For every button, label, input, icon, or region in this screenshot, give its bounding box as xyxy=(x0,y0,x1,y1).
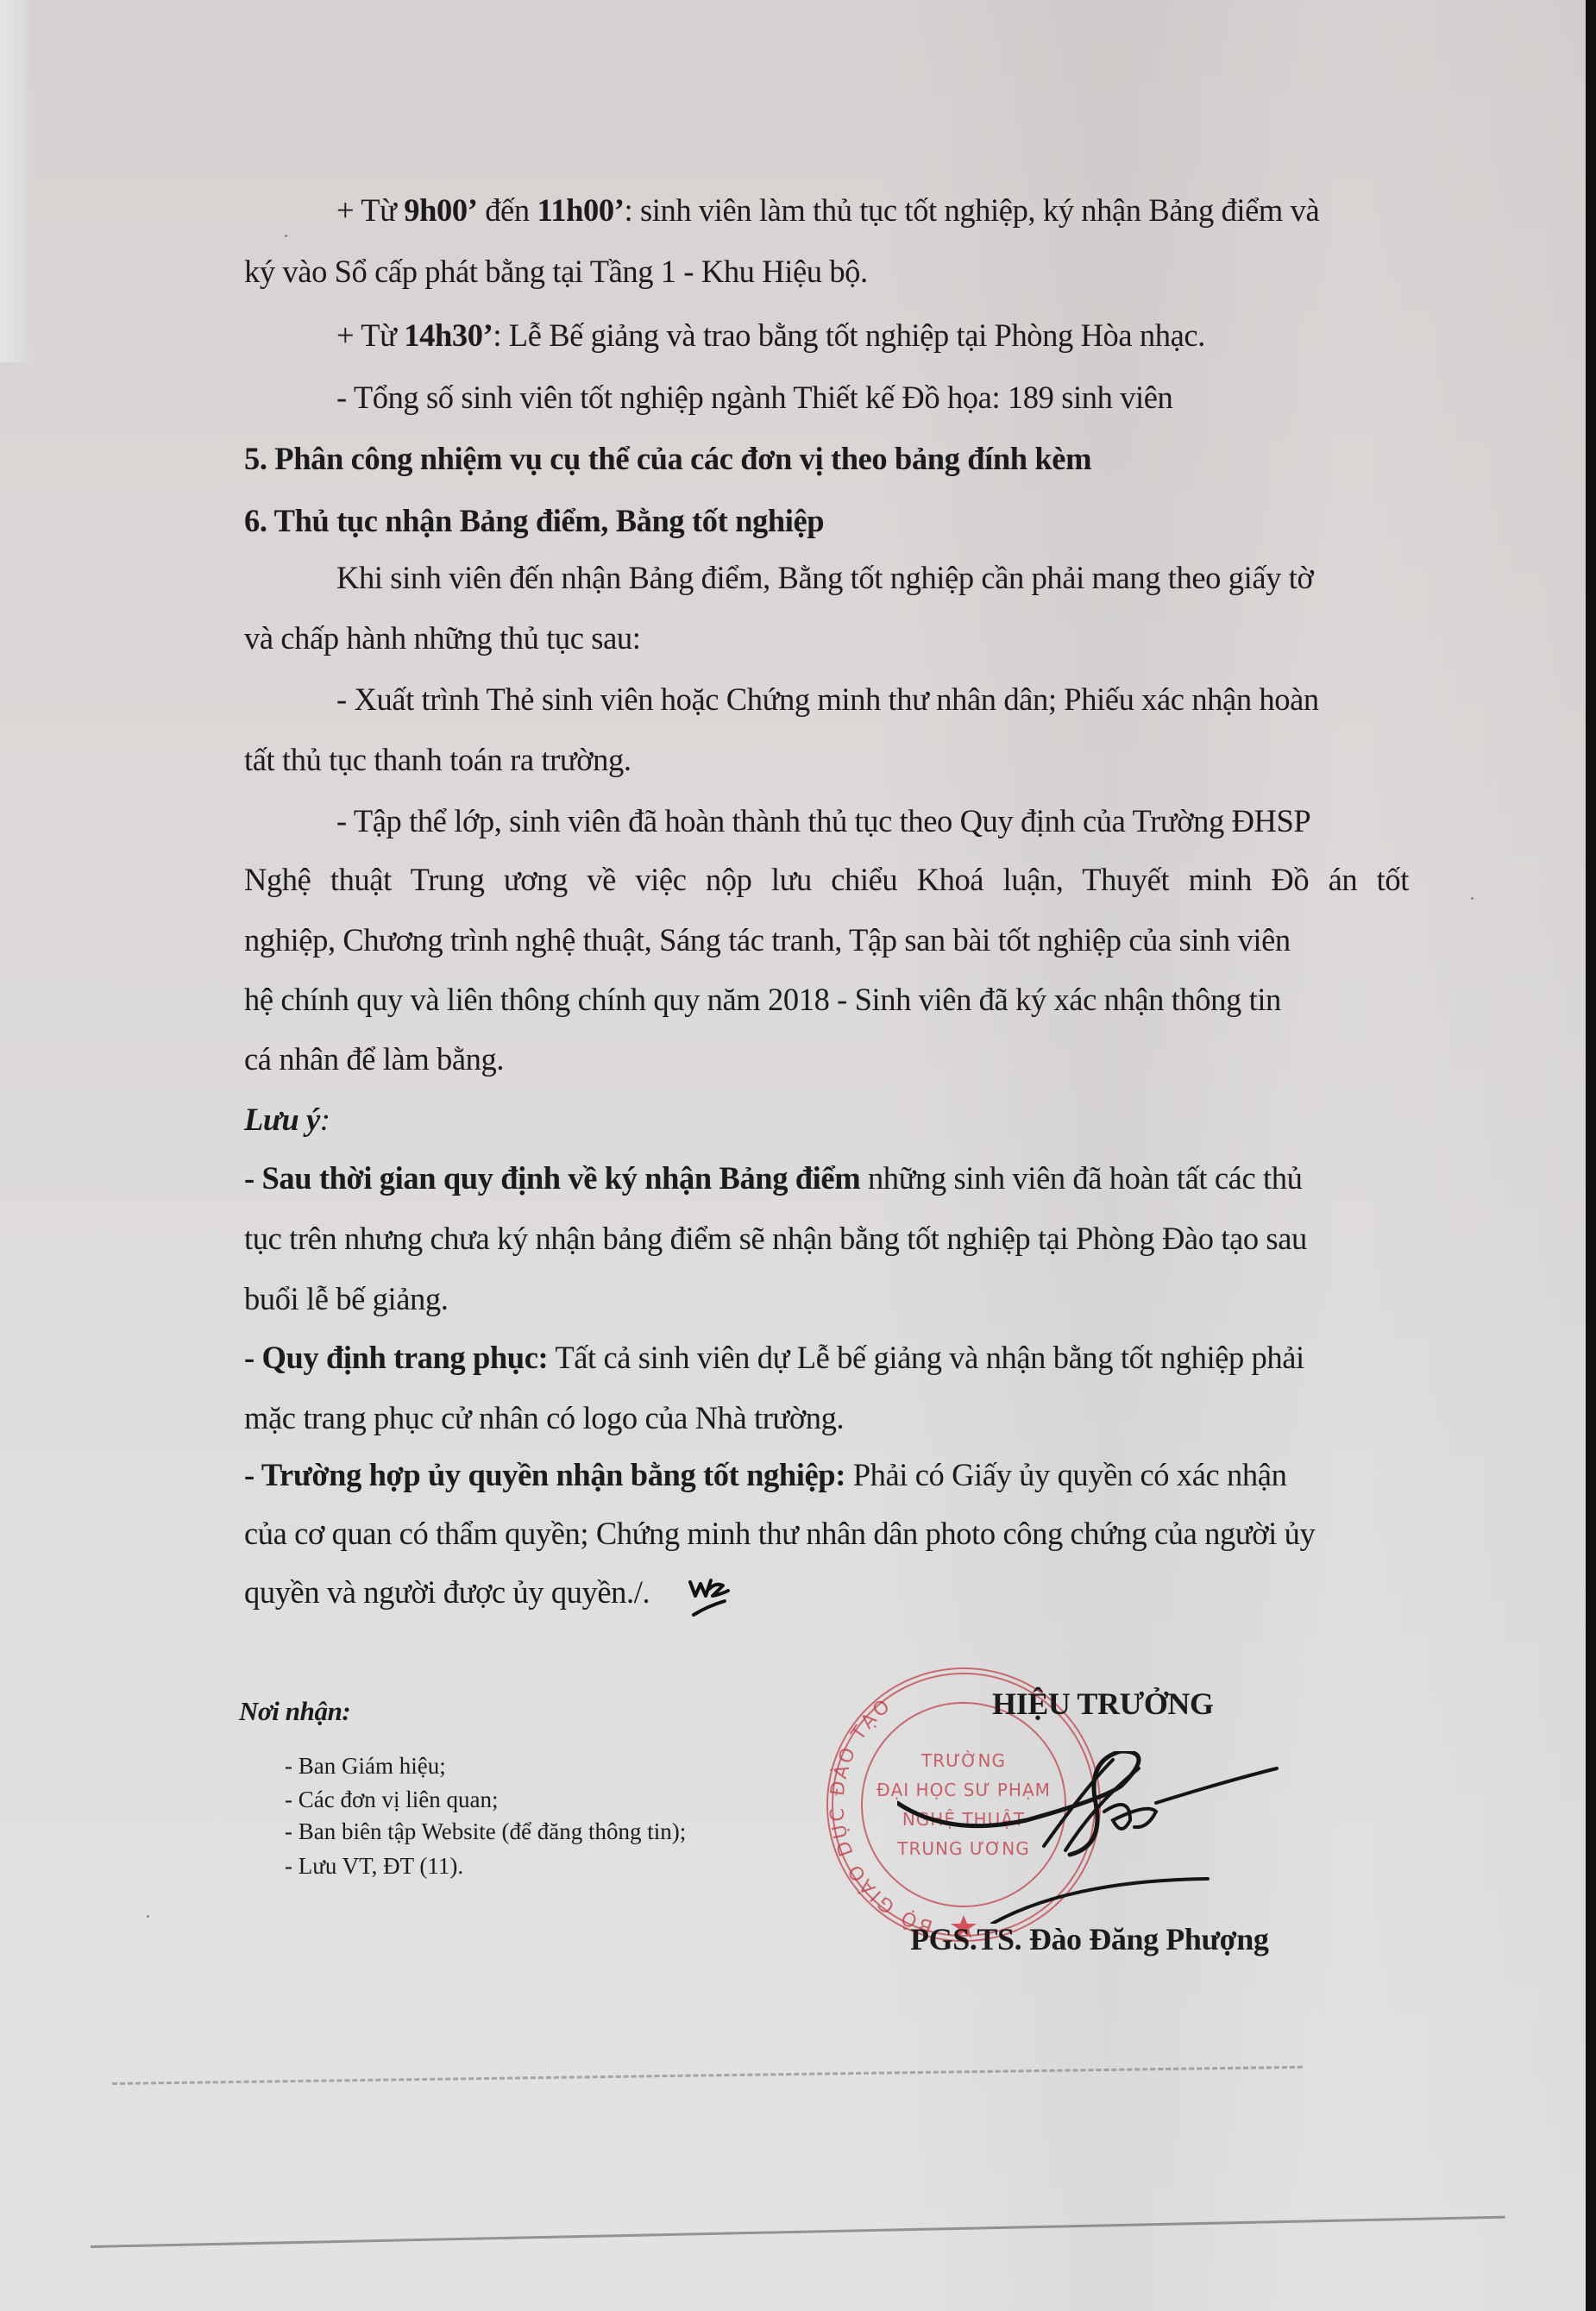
note-1-text: những sinh viên đã hoàn tất các thủ xyxy=(860,1160,1302,1196)
note-3: - Trường hợp ủy quyền nhận bằng tốt nghi… xyxy=(244,1460,1286,1491)
signatory-title: HIỆU TRƯỞNG xyxy=(992,1688,1214,1719)
notes-label-text: Lưu ý xyxy=(244,1102,320,1137)
note-3-line-2: của cơ quan có thẩm quyền; Chứng minh th… xyxy=(244,1518,1315,1550)
signatory-name: PGS.TS. Đào Đăng Phượng xyxy=(910,1924,1268,1955)
paper-speck xyxy=(1471,897,1473,900)
schedule-connector: đến xyxy=(477,192,537,228)
requirement-2-line-2: Nghệ thuật Trung ương về việc nộp lưu ch… xyxy=(244,864,1409,896)
paper-speck xyxy=(285,235,287,237)
section-6-intro: Khi sinh viên đến nhận Bảng điểm, Bằng t… xyxy=(336,562,1313,594)
recipient-item: - Ban Giám hiệu; xyxy=(285,1755,446,1778)
document-page: + Từ 9h00’ đến 11h00’: sinh viên làm thủ… xyxy=(0,0,1586,2311)
handwritten-signature-icon xyxy=(897,1751,1311,1924)
section-6-intro-cont: và chấp hành những thủ tục sau: xyxy=(244,623,640,655)
schedule-item-morning-cont: ký vào Sổ cấp phát bằng tại Tầng 1 - Khu… xyxy=(244,256,868,288)
requirement-1: - Xuất trình Thẻ sinh viên hoặc Chứng mi… xyxy=(336,684,1319,716)
note-2-title: - Quy định trang phục: xyxy=(244,1340,548,1375)
schedule-description: : sinh viên làm thủ tục tốt nghiệp, ký n… xyxy=(624,192,1319,228)
schedule-time: 14h30’ xyxy=(404,317,493,353)
schedule-time-start: 9h00’ xyxy=(404,192,477,228)
total-students: - Tổng số sinh viên tốt nghiệp ngành Thi… xyxy=(336,382,1172,414)
schedule-item-morning: + Từ 9h00’ đến 11h00’: sinh viên làm thủ… xyxy=(336,195,1319,227)
handwritten-initials-icon xyxy=(687,1570,732,1622)
recipients-label-text: Nơi nhận: xyxy=(239,1696,350,1726)
note-1-line-2: tục trên nhưng chưa ký nhận bảng điểm sẽ… xyxy=(244,1223,1307,1255)
note-3-line-3: quyền và người được ủy quyền./. xyxy=(244,1577,650,1609)
requirement-2-line-4: hệ chính quy và liên thông chính quy năm… xyxy=(244,984,1281,1016)
note-1: - Sau thời gian quy định về ký nhận Bảng… xyxy=(244,1163,1302,1195)
note-1-title: - Sau thời gian quy định về ký nhận Bảng… xyxy=(244,1160,860,1196)
schedule-description: : Lễ Bế giảng và trao bằng tốt nghiệp tạ… xyxy=(493,317,1205,353)
section-6-heading: 6. Thủ tục nhận Bảng điểm, Bằng tốt nghi… xyxy=(244,506,824,537)
recipient-item: - Các đơn vị liên quan; xyxy=(285,1788,498,1812)
schedule-prefix: + Từ xyxy=(336,317,404,353)
bleed-through-line xyxy=(112,2066,1303,2085)
paper-speck xyxy=(147,1915,149,1918)
note-2-text: Tất cả sinh viên dự Lễ bế giảng và nhận … xyxy=(548,1340,1304,1375)
recipient-item: - Lưu VT, ĐT (11). xyxy=(285,1855,463,1878)
recipients-label: Nơi nhận: xyxy=(239,1698,350,1724)
recipient-item: - Ban biên tập Website (để đăng thông ti… xyxy=(285,1820,686,1843)
note-2-line-2: mặc trang phục cử nhân có logo của Nhà t… xyxy=(244,1403,844,1435)
note-2: - Quy định trang phục: Tất cả sinh viên … xyxy=(244,1342,1304,1374)
notes-label: Lưu ý: xyxy=(244,1104,330,1136)
schedule-prefix: + Từ xyxy=(336,192,404,228)
requirement-2: - Tập thể lớp, sinh viên đã hoàn thành t… xyxy=(336,806,1310,838)
notes-label-colon: : xyxy=(320,1102,330,1137)
schedule-time-end: 11h00’ xyxy=(537,192,624,228)
page-edge-shadow xyxy=(0,0,31,362)
requirement-1-cont: tất thủ tục thanh toán ra trường. xyxy=(244,744,631,776)
section-5-heading: 5. Phân công nhiệm vụ cụ thể của các đơn… xyxy=(244,443,1091,475)
note-3-text: Phải có Giấy ủy quyền có xác nhận xyxy=(845,1457,1286,1492)
bleed-through-line xyxy=(91,2216,1505,2248)
note-1-line-3: buổi lễ bế giảng. xyxy=(244,1284,448,1316)
requirement-2-line-5: cá nhân để làm bằng. xyxy=(244,1044,504,1076)
note-3-title: - Trường hợp ủy quyền nhận bằng tốt nghi… xyxy=(244,1457,845,1492)
schedule-item-afternoon: + Từ 14h30’: Lễ Bế giảng và trao bằng tố… xyxy=(336,320,1205,352)
requirement-2-line-3: nghiệp, Chương trình nghệ thuật, Sáng tá… xyxy=(244,925,1291,957)
